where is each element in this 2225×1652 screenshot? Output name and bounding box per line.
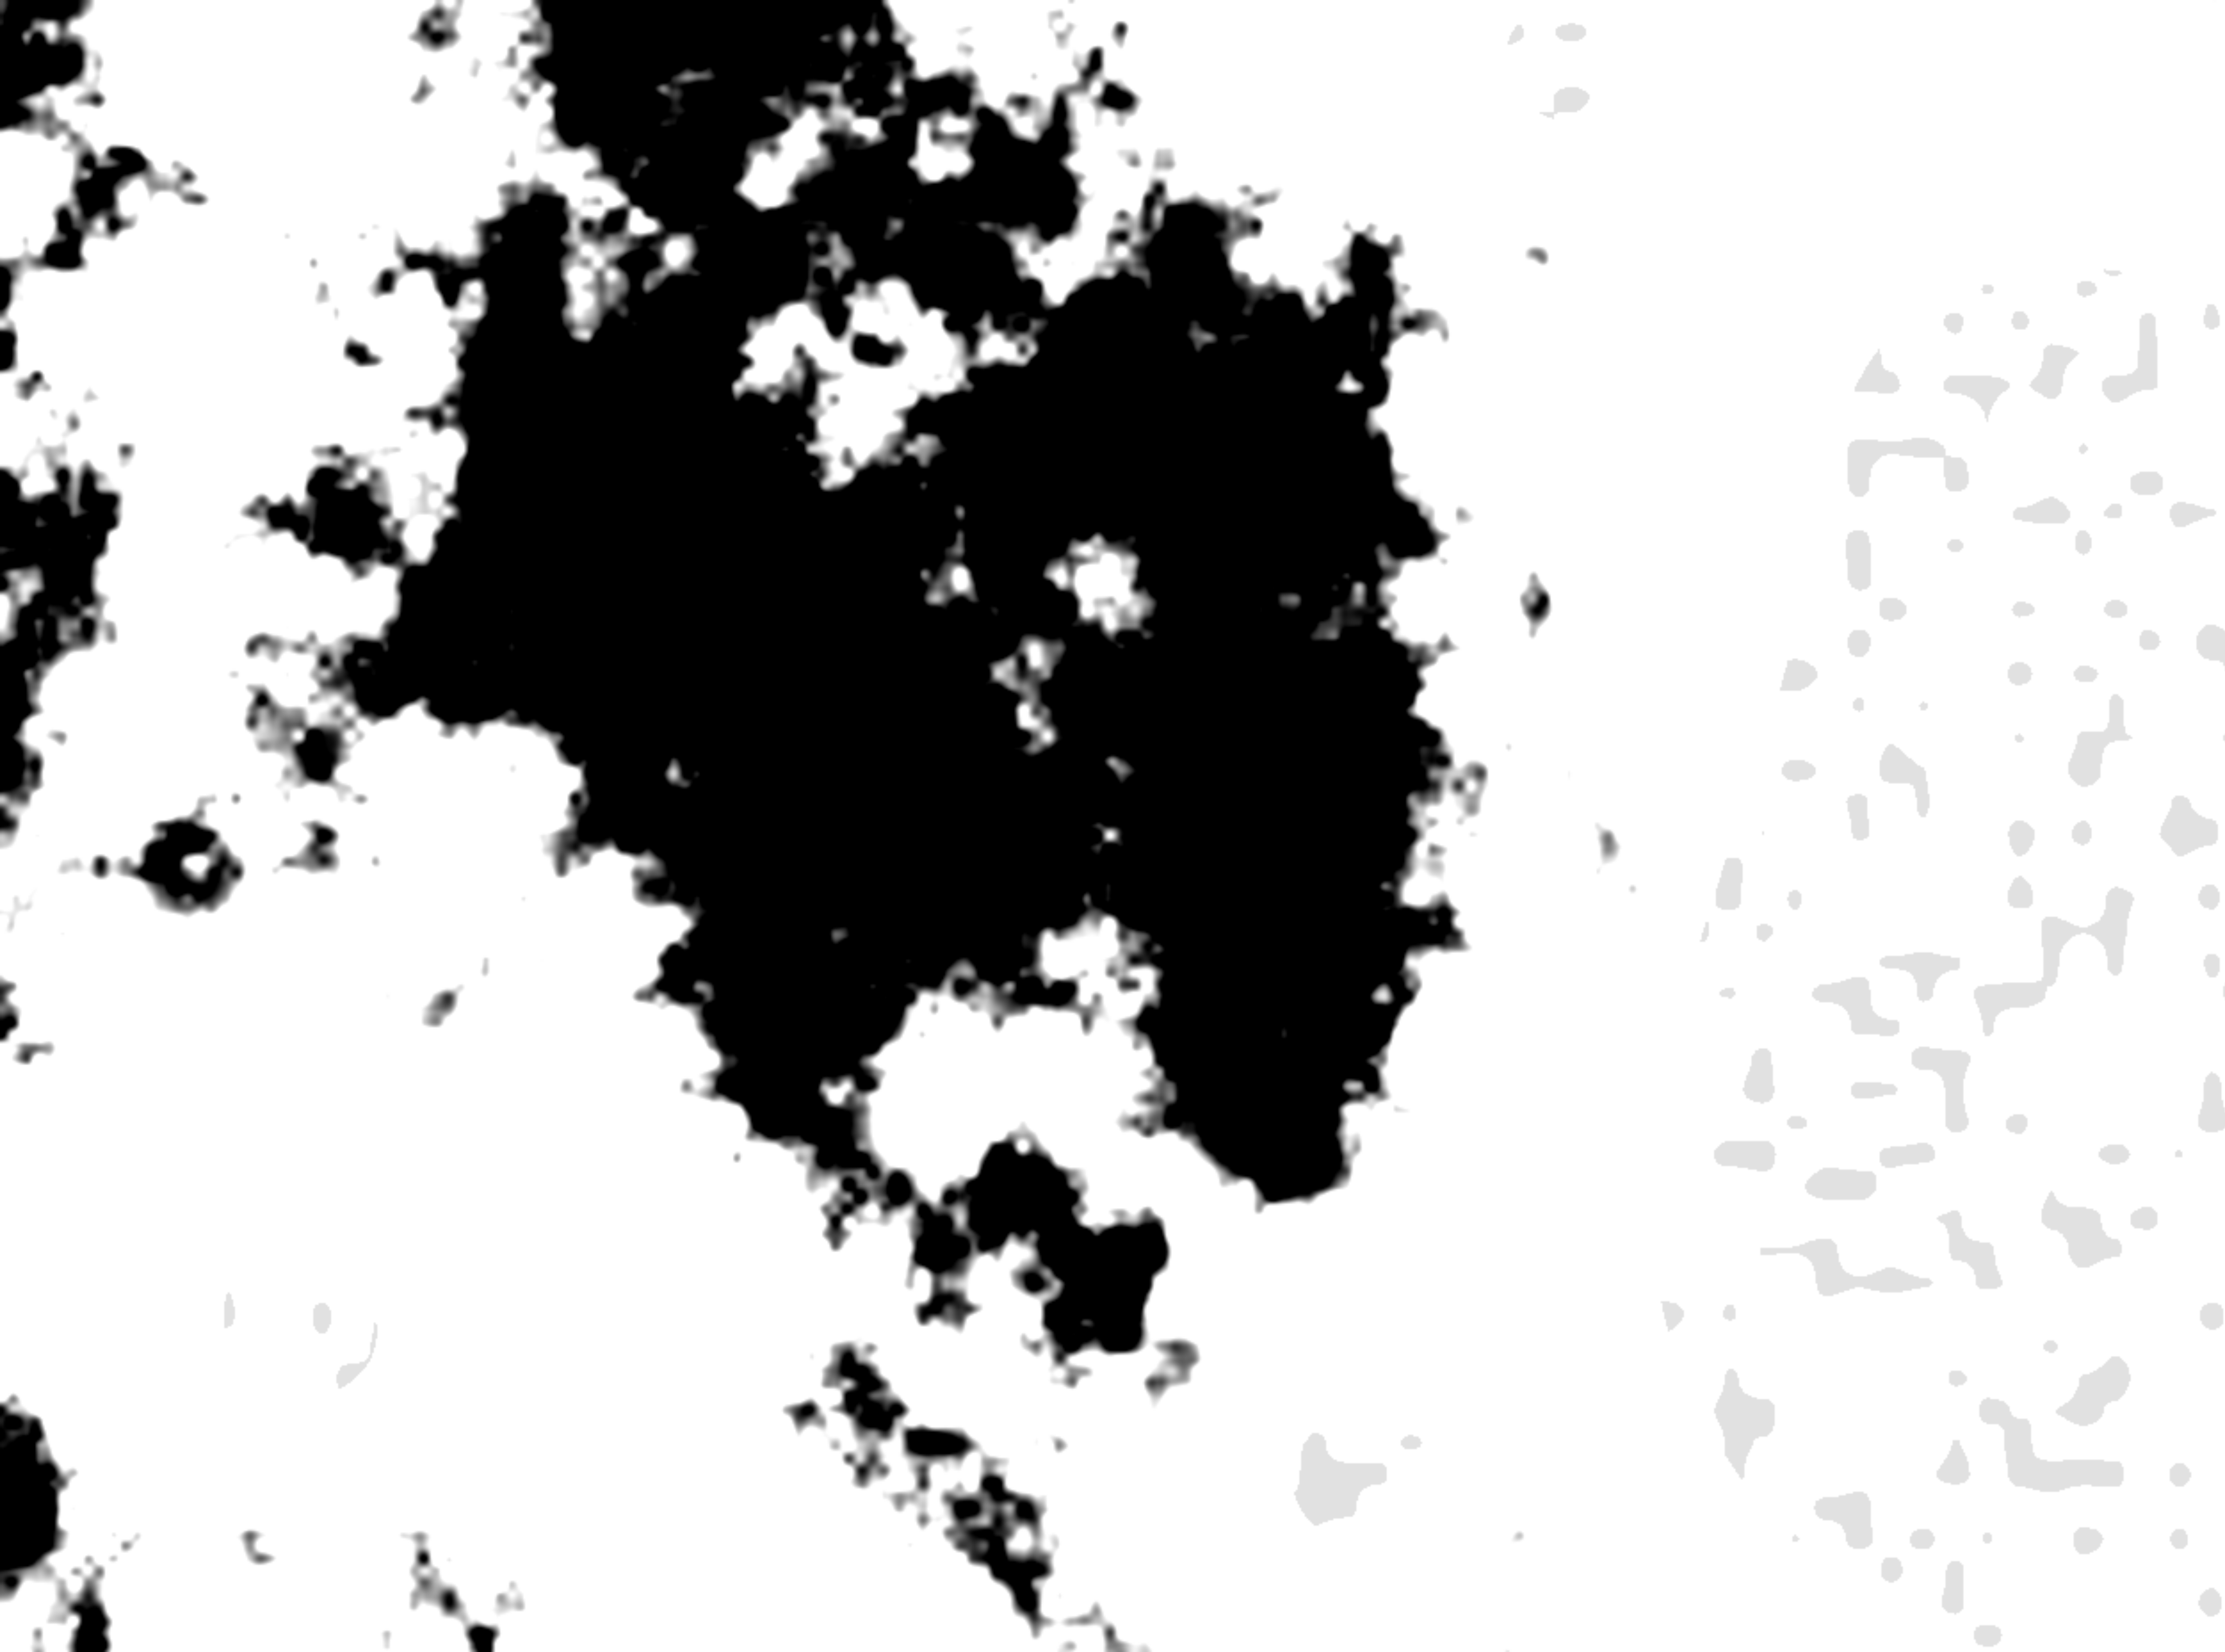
cloud-field-image	[0, 0, 2225, 1652]
aerial-cloud-photo	[0, 0, 2225, 1652]
